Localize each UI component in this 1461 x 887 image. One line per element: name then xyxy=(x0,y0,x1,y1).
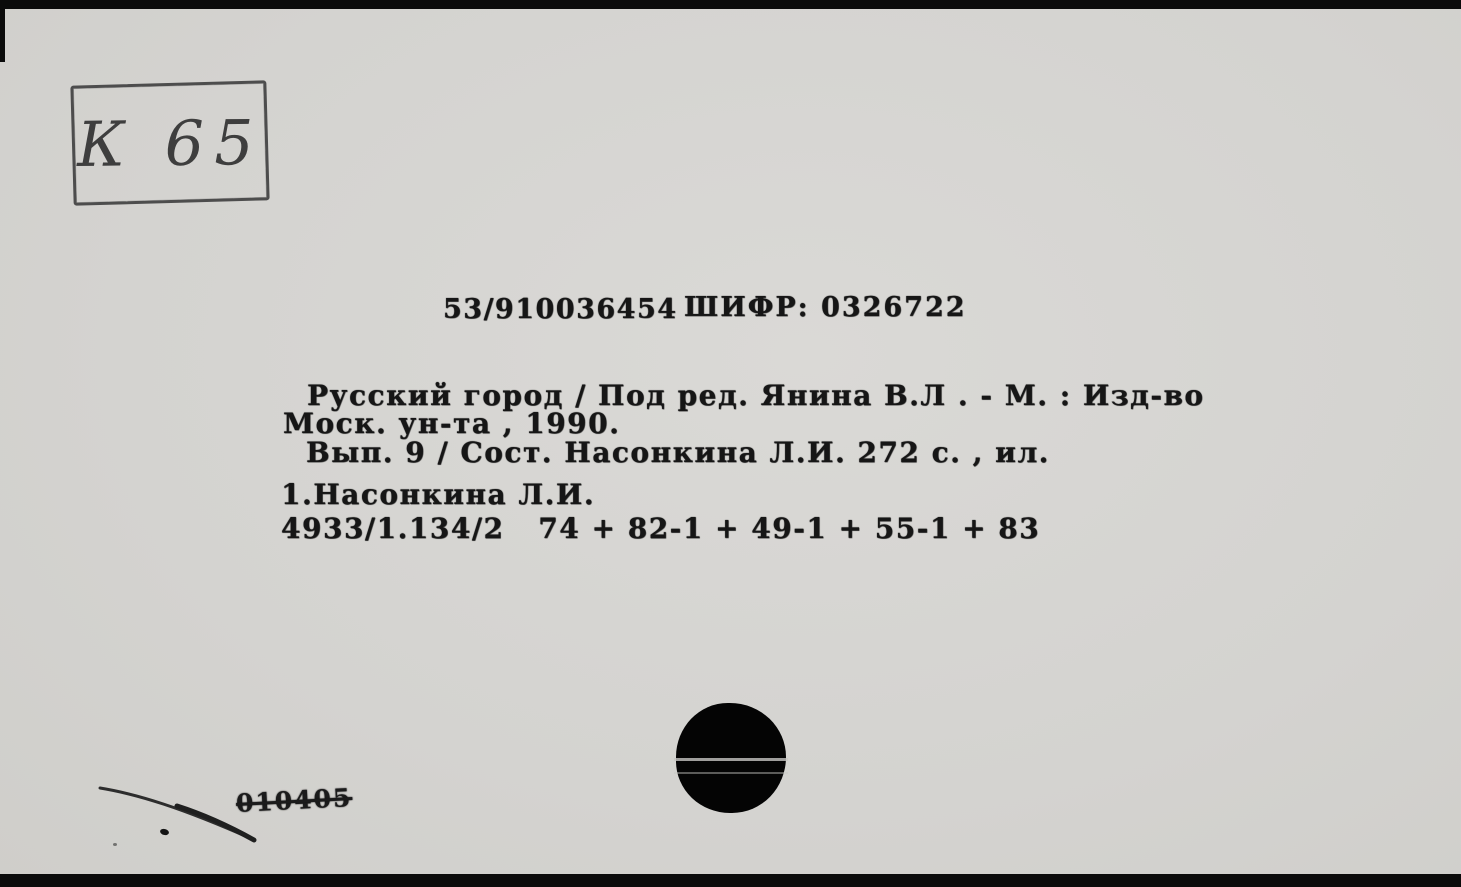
cipher-number: ШИФР: 0326722 xyxy=(684,292,967,323)
cancelled-stamp-number: 010405 xyxy=(235,783,353,818)
handwritten-shelf-mark-box: К 65 xyxy=(70,80,269,205)
entry-index-line: 4933/1.134/2 74 + 82-1 + 49-1 + 55-1 + 8… xyxy=(281,512,1040,545)
scan-artifact-line xyxy=(674,772,788,774)
catalog-card-scan: К 65 53/910036454 ШИФР: 0326722 Русский … xyxy=(0,0,1461,887)
punch-hole xyxy=(676,703,786,813)
accession-number: 53/910036454 xyxy=(443,294,678,325)
scan-artifact-line xyxy=(674,758,788,761)
shelf-mark-label: К 65 xyxy=(76,106,263,181)
scan-border-top xyxy=(0,0,1461,9)
scan-speck xyxy=(113,843,117,846)
entry-author-line: 1.Насонкина Л.И. xyxy=(281,478,595,511)
entry-issue-line: Вып. 9 / Сост. Насонкина Л.И. 272 с. , и… xyxy=(306,436,1050,469)
scan-border-bottom xyxy=(0,874,1461,887)
scan-border-left xyxy=(0,0,5,62)
